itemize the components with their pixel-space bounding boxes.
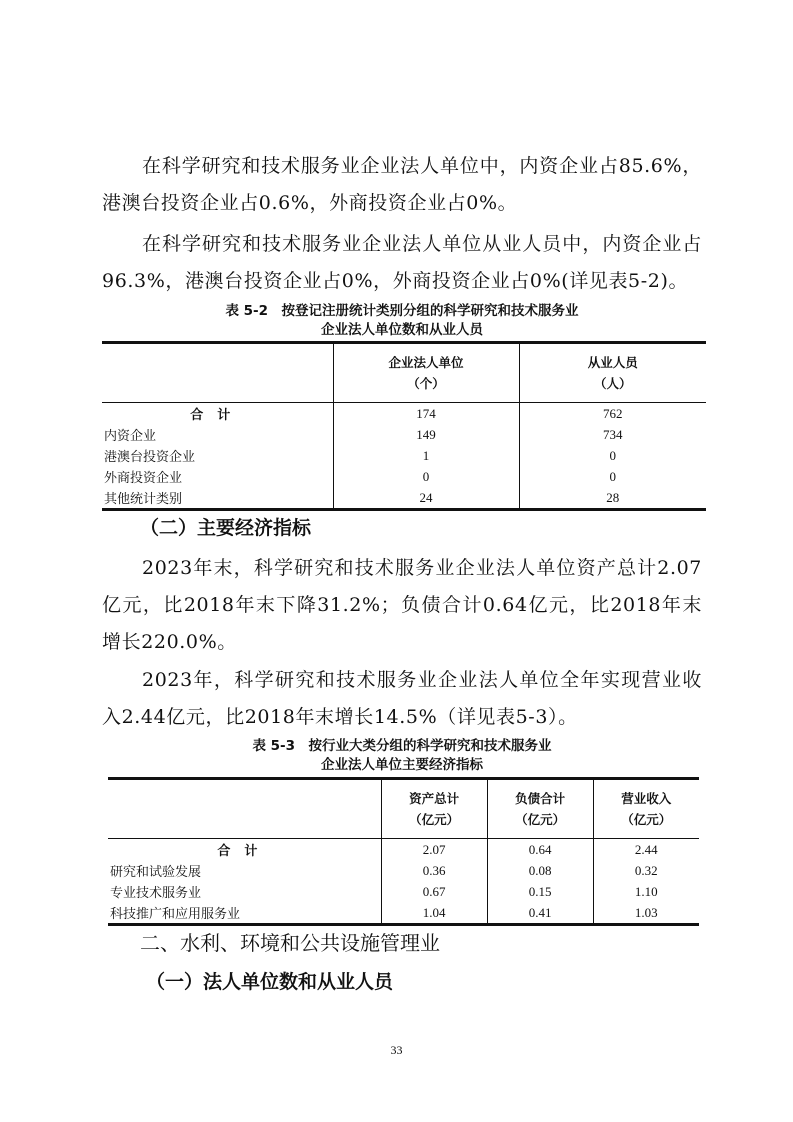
table-row: 内资企业 149 734 <box>102 424 706 445</box>
table-header-row: 企业法人单位 （个） 从业人员 （人） <box>102 343 706 403</box>
paragraph-assets-liabilities: 2023年末，科学研究和技术服务业企业法人单位资产总计2.07亿元，比2018年… <box>102 550 702 661</box>
chapter-heading-water-environment: 二、水利、环境和公共设施管理业 <box>140 928 440 958</box>
paragraph-unit-share: 在科学研究和技术服务业企业法人单位中，内资企业占85.6%，港澳台投资企业占0.… <box>102 148 702 222</box>
document-page: 在科学研究和技术服务业企业法人单位中，内资企业占85.6%，港澳台投资企业占0.… <box>0 0 793 1122</box>
table-header-row: 资产总计 （亿元） 负债合计 （亿元） 营业收入 （亿元） <box>108 779 699 839</box>
table-row: 研究和试验发展 0.36 0.08 0.32 <box>108 860 699 881</box>
table-row-total: 合计 174 762 <box>102 403 706 425</box>
header-total-assets: 资产总计 （亿元） <box>381 779 487 839</box>
table-row-total: 合计 2.07 0.64 2.44 <box>108 839 699 861</box>
header-total-liabilities: 负债合计 （亿元） <box>487 779 593 839</box>
table-row: 专业技术服务业 0.67 0.15 1.10 <box>108 881 699 902</box>
table-5-2-caption-line2: 企业法人单位数和从业人员 <box>102 321 702 339</box>
table-row: 其他统计类别 24 28 <box>102 487 706 510</box>
subsection-heading-units-employees: （一）法人单位数和从业人员 <box>146 967 393 997</box>
section-heading-economic-indicators: （二）主要经济指标 <box>140 513 311 543</box>
header-blank <box>102 343 333 403</box>
table-5-2: 企业法人单位 （个） 从业人员 （人） 合计 174 762 内资企业 149 … <box>102 341 706 511</box>
table-5-3-caption-line2: 企业法人单位主要经济指标 <box>102 756 702 774</box>
table-5-2-caption-line1: 表 5-2 按登记注册统计类别分组的科学研究和技术服务业 <box>102 302 702 320</box>
table-5-3-caption-line1: 表 5-3 按行业大类分组的科学研究和技术服务业 <box>102 737 702 755</box>
header-blank <box>108 779 381 839</box>
paragraph-employee-share: 在科学研究和技术服务业企业法人单位从业人员中，内资企业占96.3%，港澳台投资企… <box>102 226 702 300</box>
page-number: 33 <box>0 1043 793 1058</box>
table-5-3: 资产总计 （亿元） 负债合计 （亿元） 营业收入 （亿元） 合计 2.07 0.… <box>108 777 699 926</box>
table-row: 科技推广和应用服务业 1.04 0.41 1.03 <box>108 902 699 925</box>
header-units: 企业法人单位 （个） <box>333 343 519 403</box>
table-row: 外商投资企业 0 0 <box>102 466 706 487</box>
table-row: 港澳台投资企业 1 0 <box>102 445 706 466</box>
paragraph-revenue: 2023年，科学研究和技术服务业企业法人单位全年实现营业收入2.44亿元，比20… <box>102 662 702 736</box>
header-operating-revenue: 营业收入 （亿元） <box>593 779 699 839</box>
header-employees: 从业人员 （人） <box>519 343 706 403</box>
